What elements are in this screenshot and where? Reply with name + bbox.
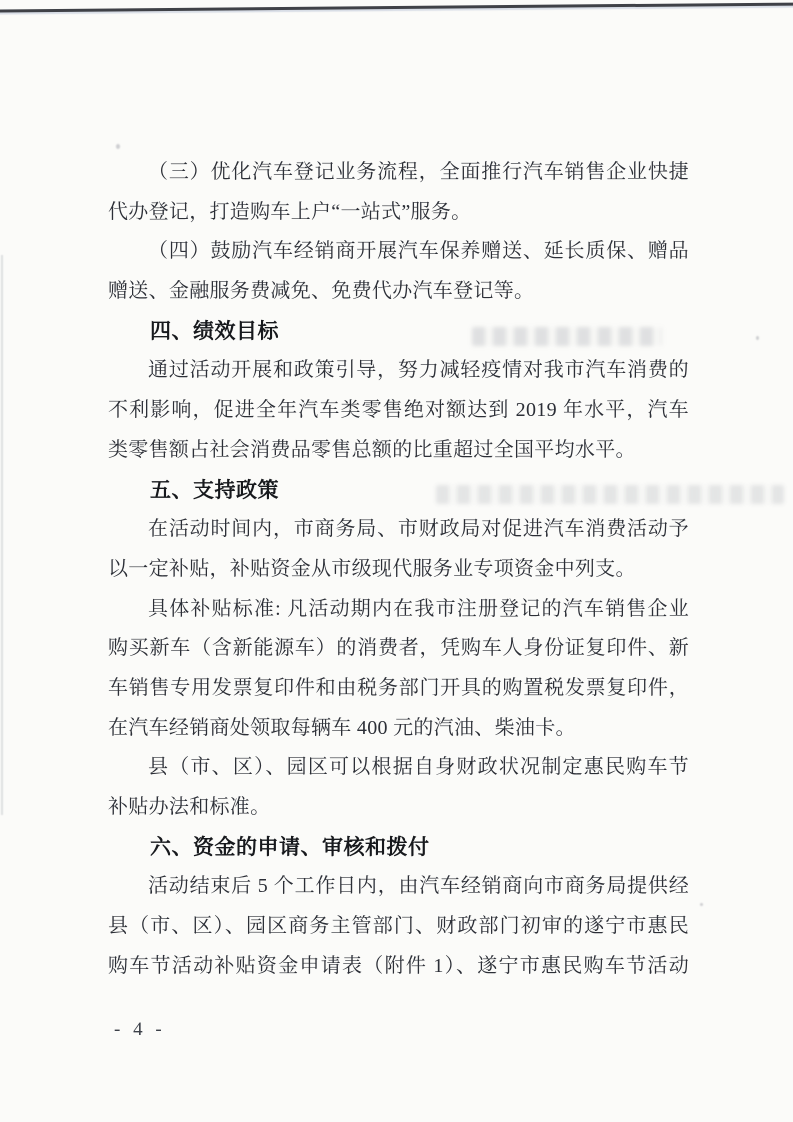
paragraph-line: 赠送、金融服务费减免、免费代办汽车登记等。 xyxy=(108,272,689,312)
paragraph-line: （四）鼓励汽车经销商开展汽车保养赠送、延长质保、赠品 xyxy=(108,232,689,272)
paragraph-line: 在汽车经销商处领取每辆车 400 元的汽油、柴油卡。 xyxy=(108,709,689,749)
scan-speck-artifact xyxy=(116,144,120,149)
paragraph-line: 县（市、区）、园区商务主管部门、财政部门初审的遂宁市惠民 xyxy=(108,907,689,947)
scanned-document-page: （三）优化汽车登记业务流程，全面推行汽车销售企业快捷 代办登记，打造购车上户“一… xyxy=(0,0,793,1122)
paragraph-line: 不利影响，促进全年汽车类零售绝对额达到 2019 年水平，汽车 xyxy=(108,391,689,431)
paragraph-line: 购车节活动补贴资金申请表（附件 1）、遂宁市惠民购车节活动 xyxy=(108,947,689,987)
paragraph-line: 通过活动开展和政策引导，努力减轻疫情对我市汽车消费的 xyxy=(108,351,689,391)
scan-edge-artifact-top xyxy=(0,2,793,12)
paragraph-line: 代办登记，打造购车上户“一站式”服务。 xyxy=(108,193,689,233)
page-number: - 4 - xyxy=(114,1016,166,1044)
paragraph-line: 在活动时间内，市商务局、市财政局对促进汽车消费活动予 xyxy=(108,510,689,550)
paragraph-line: 类零售额占社会消费品零售总额的比重超过全国平均水平。 xyxy=(108,431,689,471)
paragraph-line: （三）优化汽车登记业务流程，全面推行汽车销售企业快捷 xyxy=(108,153,689,193)
paragraph-line: 县（市、区）、园区可以根据自身财政状况制定惠民购车节 xyxy=(108,748,689,788)
paragraph-line: 补贴办法和标准。 xyxy=(108,788,689,828)
paragraph-line: 具体补贴标准: 凡活动期内在我市注册登记的汽车销售企业 xyxy=(108,590,689,630)
scan-speck-artifact xyxy=(700,903,703,906)
heading-support-policies: 五、支持政策 xyxy=(108,471,689,511)
paragraph-line: 活动结束后 5 个工作日内，由汽车经销商向市商务局提供经 xyxy=(108,867,689,907)
paragraph-line: 车销售专用发票复印件和由税务部门开具的购置税发票复印件， xyxy=(108,669,689,709)
heading-fund-application-review-disbursement: 六、资金的申请、审核和拨付 xyxy=(108,828,689,868)
document-body: （三）优化汽车登记业务流程，全面推行汽车销售企业快捷 代办登记，打造购车上户“一… xyxy=(108,153,689,986)
paragraph-line: 以一定补贴，补贴资金从市级现代服务业专项资金中列支。 xyxy=(108,550,689,590)
scan-speck-artifact xyxy=(756,336,759,340)
scan-edge-artifact-left xyxy=(1,255,3,815)
paragraph-line: 购买新车（含新能源车）的消费者，凭购车人身份证复印件、新 xyxy=(108,629,689,669)
heading-performance-goals: 四、绩效目标 xyxy=(108,312,689,352)
